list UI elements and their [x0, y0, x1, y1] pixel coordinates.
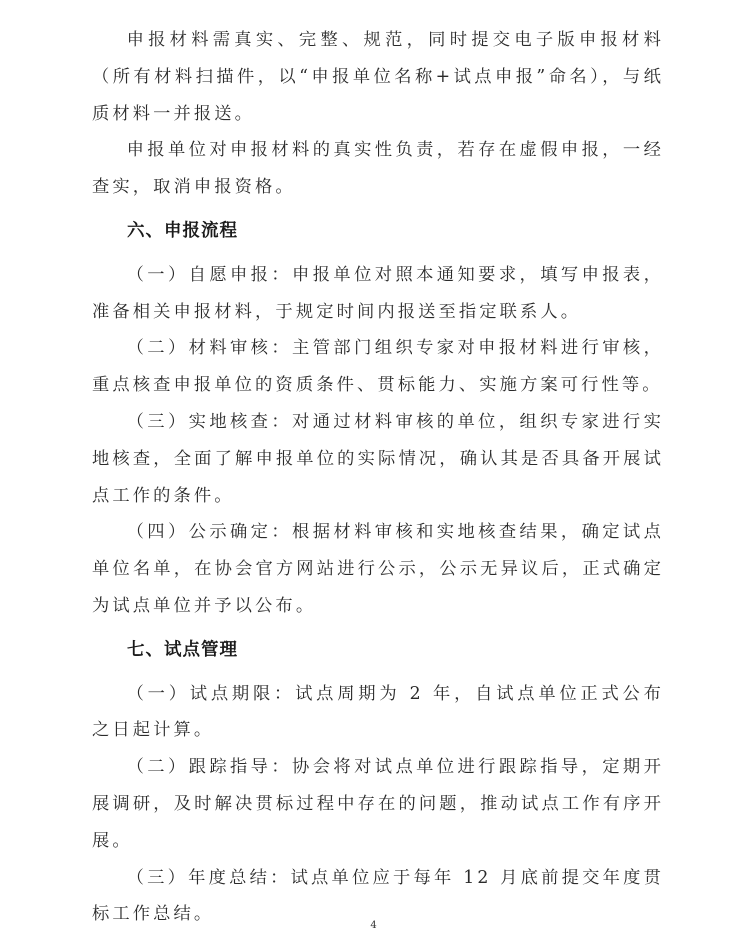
section-heading-application-process: 六、申报流程	[92, 213, 664, 250]
process-item-public-announcement: （四）公示确定：根据材料审核和实地核查结果，确定试点单位名单，在协会官方网站进行…	[92, 514, 664, 624]
management-item-pilot-period: （一）试点期限：试点周期为 2 年，自试点单位正式公布之日起计算。	[92, 676, 664, 750]
document-page: 申报材料需真实、完整、规范，同时提交电子版申报材料（所有材料扫描件，以“申报单位…	[92, 22, 664, 933]
page-number: 4	[0, 920, 747, 931]
process-item-onsite-inspection: （三）实地核查：对通过材料审核的单位，组织专家进行实地核查，全面了解申报单位的实…	[92, 404, 664, 514]
section-heading-pilot-management: 七、试点管理	[92, 632, 664, 669]
paragraph-materials-requirements: 申报材料需真实、完整、规范，同时提交电子版申报材料（所有材料扫描件，以“申报单位…	[92, 22, 664, 132]
management-item-tracking-guidance: （二）跟踪指导：协会将对试点单位进行跟踪指导，定期开展调研，及时解决贯标过程中存…	[92, 749, 664, 859]
process-item-material-review: （二）材料审核：主管部门组织专家对申报材料进行审核，重点核查申报单位的资质条件、…	[92, 330, 664, 404]
process-item-voluntary-application: （一）自愿申报：申报单位对照本通知要求，填写申报表，准备相关申报材料，于规定时间…	[92, 257, 664, 331]
paragraph-authenticity: 申报单位对申报材料的真实性负责，若存在虚假申报，一经查实，取消申报资格。	[92, 132, 664, 206]
